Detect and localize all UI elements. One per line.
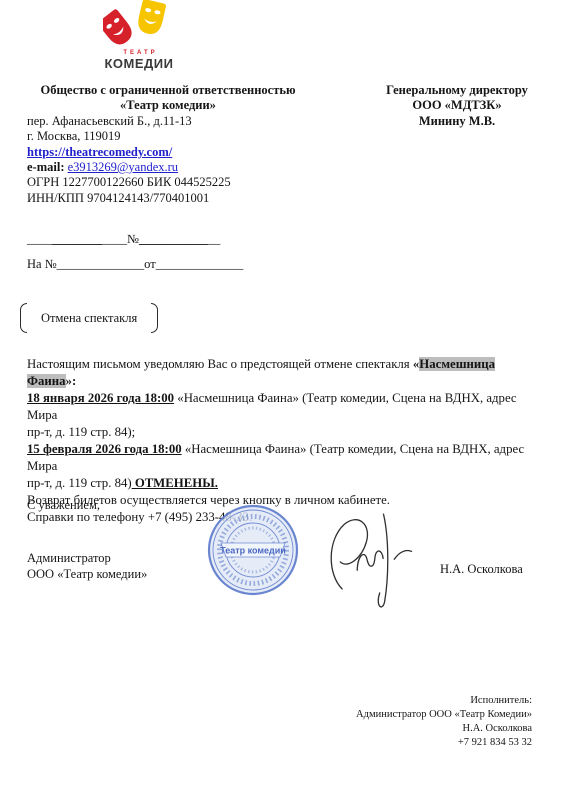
sender-block: Общество с ограниченной ответственностью… bbox=[27, 83, 309, 206]
signer-name: Н.А. Осколкова bbox=[440, 562, 523, 577]
executor-block: Исполнитель: Администратор ООО «Театр Ко… bbox=[356, 694, 532, 750]
recipient-line2: ООО «МДТЗК» bbox=[371, 98, 543, 113]
recipient-line1: Генеральному директору bbox=[371, 83, 543, 98]
executor-phone: +7 921 834 53 32 bbox=[356, 736, 532, 750]
ref2-prefix: На № bbox=[27, 257, 57, 271]
stamp-seal-icon: Театр комедии bbox=[206, 502, 300, 598]
signer-role-line1: Администратор bbox=[27, 551, 111, 566]
body-line-1: Настоящим письмом уведомляю Вас о предст… bbox=[27, 356, 542, 390]
ref1-blank-e: __ bbox=[208, 232, 221, 246]
body-l1-quote-close: »: bbox=[66, 374, 77, 388]
recipient-line3: Минину М.В. bbox=[371, 114, 543, 129]
stamp-center-text: Театр комедии bbox=[220, 546, 286, 556]
left-bracket-icon bbox=[20, 303, 27, 333]
ref1-blank-d: ___________ bbox=[139, 232, 208, 246]
sender-ogrn-bik: ОГРН 1227700122660 БИК 044525225 bbox=[27, 175, 309, 190]
body-l1-text: Настоящим письмом уведомляю Вас о предст… bbox=[27, 357, 413, 371]
theatre-masks-icon bbox=[103, 0, 175, 48]
theatre-logo: ТЕАТР КОМЕДИИ bbox=[92, 0, 186, 71]
website-link[interactable]: https://theatrecomedy.com/ bbox=[27, 145, 172, 159]
reference-number-line: ________________№_____________ bbox=[27, 232, 220, 247]
email-label: e-mail: bbox=[27, 160, 68, 174]
right-bracket-icon bbox=[151, 303, 158, 333]
body-line-4: 15 февраля 2026 года 18:00 «Насмешница Ф… bbox=[27, 441, 542, 475]
letter-body: Настоящим письмом уведомляю Вас о предст… bbox=[27, 356, 542, 526]
cancelled-label: ОТМЕНЕНЫ. bbox=[132, 476, 218, 490]
closing-salutation: С уважением, bbox=[27, 498, 100, 513]
company-stamp: Театр комедии bbox=[206, 502, 300, 603]
signer-role-line2: ООО «Театр комедии» bbox=[27, 567, 147, 582]
body-l3-text: пр-т, д. 119 стр. 84); bbox=[27, 425, 135, 439]
sender-org-line2: «Театр комедии» bbox=[27, 98, 309, 113]
executor-name: Н.А. Осколкова bbox=[356, 722, 532, 736]
logo-komedii-label: КОМЕДИИ bbox=[92, 56, 186, 71]
show-date-2: 15 февраля 2026 года 18:00 bbox=[27, 442, 182, 456]
ref1-blank-c: ____ bbox=[102, 232, 127, 246]
sender-inn-kpp: ИНН/КПП 9704124143/770401001 bbox=[27, 191, 309, 206]
body-l5-text: пр-т, д. 119 стр. 84) bbox=[27, 476, 132, 490]
ref1-blank-a: ____ bbox=[27, 232, 52, 246]
sender-org-line1: Общество с ограниченной ответственностью bbox=[27, 83, 309, 98]
executor-role: Администратор ООО «Театр Комедии» bbox=[356, 708, 532, 722]
ref2-blank1: ______________ bbox=[57, 257, 145, 271]
subject-label: Отмена спектакля bbox=[41, 311, 137, 326]
body-line-2: 18 января 2026 года 18:00 «Насмешница Фа… bbox=[27, 390, 542, 424]
email-link[interactable]: e3913269@yandex.ru bbox=[68, 160, 178, 174]
executor-label: Исполнитель: bbox=[356, 694, 532, 708]
sender-address-line2: г. Москва, 119019 bbox=[27, 129, 309, 144]
ref1-blank-b: ________ bbox=[52, 232, 102, 246]
ref2-blank2: ______________ bbox=[156, 257, 244, 271]
signature-stroke-icon bbox=[322, 506, 414, 610]
recipient-block: Генеральному директору ООО «МДТЗК» Минин… bbox=[371, 83, 543, 129]
signature-image bbox=[322, 506, 414, 615]
ref2-from-label: от bbox=[144, 257, 156, 271]
body-line-5: пр-т, д. 119 стр. 84) ОТМЕНЕНЫ. bbox=[27, 475, 542, 492]
sender-address-line1: пер. Афанасьевский Б., д.11-13 bbox=[27, 114, 309, 129]
reference-reply-line: На №______________от______________ bbox=[27, 257, 243, 272]
ref1-no-sign: № bbox=[127, 232, 139, 246]
show-date-1: 18 января 2026 года 18:00 bbox=[27, 391, 174, 405]
subject-box: Отмена спектакля bbox=[20, 302, 158, 334]
letter-page: ТЕАТР КОМЕДИИ Общество с ограниченной от… bbox=[0, 0, 562, 797]
body-line-3: пр-т, д. 119 стр. 84); bbox=[27, 424, 542, 441]
